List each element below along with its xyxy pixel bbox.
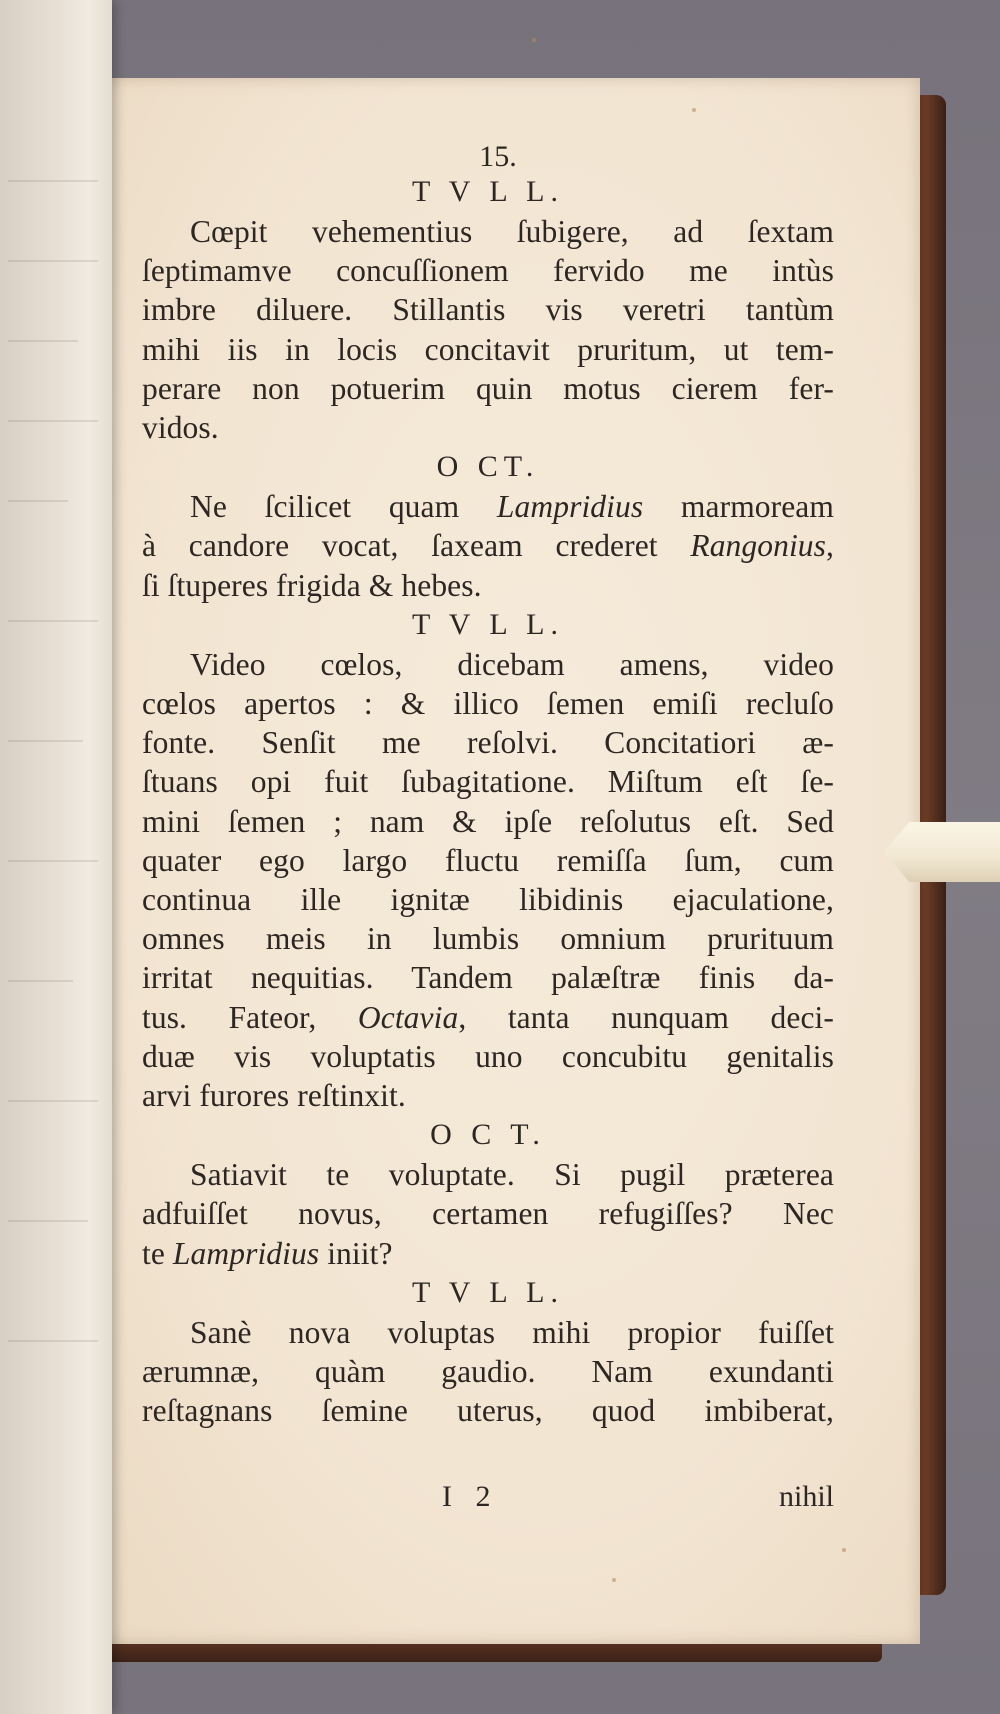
facing-page-left bbox=[0, 0, 112, 1714]
speech-section-1: T V L L. Cœpit vehementius ſubigere, ad … bbox=[142, 172, 834, 447]
speaker-heading: T V L L. bbox=[142, 605, 834, 645]
text-line: ſtuans opi fuit ſubagitatione. Miſtum eſ… bbox=[142, 762, 834, 801]
text-line: arvi furores reſtinxit. bbox=[142, 1076, 834, 1115]
speech-section-2: O CT. Ne ſcilicet quam Lampridius marmor… bbox=[142, 447, 834, 605]
speech-section-3: T V L L. Video cœlos, dicebam amens, vid… bbox=[142, 605, 834, 1115]
speech-section-5: T V L L. Sanè nova voluptas mihi propior… bbox=[142, 1273, 834, 1431]
text-line: continua ille ignitæ libidinis ejaculati… bbox=[142, 880, 834, 919]
text-line: tus. Fateor, Octavia, tanta nunquam deci… bbox=[142, 998, 834, 1037]
text-line: imbre diluere. Stillantis vis veretri ta… bbox=[142, 290, 834, 329]
text-line: mihi iis in locis concitavit pruritum, u… bbox=[142, 330, 834, 369]
text-line: omnes meis in lumbis omnium prurituum bbox=[142, 919, 834, 958]
photo-scene: 15. T V L L. Cœpit vehementius ſubigere,… bbox=[0, 0, 1000, 1714]
speech-text: Satiavit te voluptate. Si pugil præterea… bbox=[142, 1155, 834, 1273]
speaker-heading: O C T. bbox=[142, 1115, 834, 1155]
text-line: vidos. bbox=[142, 408, 834, 447]
speech-text: Sanè nova voluptas mihi propior fuiſſet … bbox=[142, 1313, 834, 1431]
text-line: Video cœlos, dicebam amens, video bbox=[142, 645, 834, 684]
text-line: adfuiſſet novus, certamen refugiſſes? Ne… bbox=[142, 1194, 834, 1233]
book-page: 15. T V L L. Cœpit vehementius ſubigere,… bbox=[82, 78, 920, 1644]
text-line: cœlos apertos : & illico ſemen emiſi rec… bbox=[142, 684, 834, 723]
speech-text: Ne ſcilicet quam Lampridius marmoream à … bbox=[142, 487, 834, 605]
page-footer: I 2 nihil bbox=[142, 1480, 834, 1520]
page-number: 15. bbox=[142, 142, 834, 172]
text-line: à candore vocat, ſaxeam crederet Rangoni… bbox=[142, 526, 834, 565]
text-line: mini ſemen ; nam & ipſe reſolutus eſt. S… bbox=[142, 802, 834, 841]
text-line: ſi ſtuperes frigida & hebes. bbox=[142, 566, 834, 605]
text-line: Ne ſcilicet quam Lampridius marmoream bbox=[142, 487, 834, 526]
text-line: duæ vis voluptatis uno concubitu genital… bbox=[142, 1037, 834, 1076]
text-line: te Lampridius iniit? bbox=[142, 1234, 834, 1273]
text-line: ſeptimamve concuſſionem fervido me intùs bbox=[142, 251, 834, 290]
text-line: Satiavit te voluptate. Si pugil præterea bbox=[142, 1155, 834, 1194]
speaker-heading: O CT. bbox=[142, 447, 834, 487]
text-line: fonte. Senſit me reſolvi. Concitatiori æ… bbox=[142, 723, 834, 762]
text-line: Cœpit vehementius ſubigere, ad ſextam bbox=[142, 212, 834, 251]
speech-text: Cœpit vehementius ſubigere, ad ſextam ſe… bbox=[142, 212, 834, 447]
text-line: quater ego largo fluctu remiſſa ſum, cum bbox=[142, 841, 834, 880]
text-line: ærumnæ, quàm gaudio. Nam exundanti bbox=[142, 1352, 834, 1391]
speech-text: Video cœlos, dicebam amens, video cœlos … bbox=[142, 645, 834, 1115]
speech-section-4: O C T. Satiavit te voluptate. Si pugil p… bbox=[142, 1115, 834, 1273]
text-line: Sanè nova voluptas mihi propior fuiſſet bbox=[142, 1313, 834, 1352]
signature-mark: I 2 bbox=[442, 1480, 499, 1514]
catchword: nihil bbox=[779, 1480, 834, 1514]
page-text: 15. T V L L. Cœpit vehementius ſubigere,… bbox=[142, 142, 834, 1430]
text-line: reſtagnans ſemine uterus, quod imbiberat… bbox=[142, 1391, 834, 1430]
text-line: perare non potuerim quin motus cierem fe… bbox=[142, 369, 834, 408]
speaker-heading: T V L L. bbox=[142, 1273, 834, 1313]
speaker-heading: T V L L. bbox=[142, 172, 834, 212]
text-line: irritat nequitias. Tandem palæſtræ finis… bbox=[142, 958, 834, 997]
